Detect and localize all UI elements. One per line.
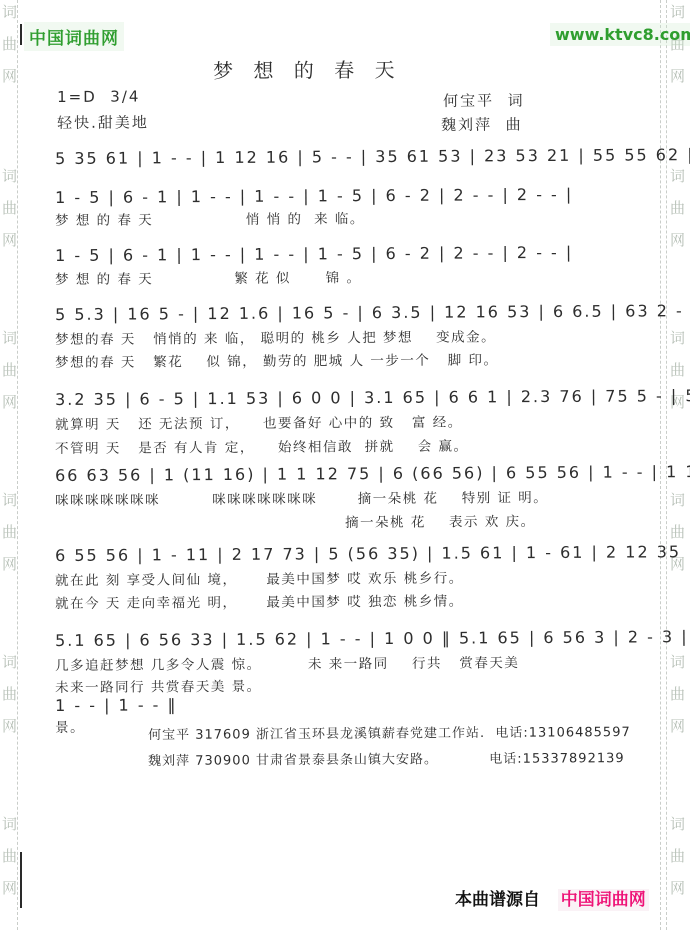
lyrics-line: 就算明 天 还 无法预 订， 也要备好 心中的 致 富 经。 <box>55 411 463 433</box>
watermark-left-4: 词曲网 <box>2 492 16 588</box>
footer-source-text: 本曲谱源自 <box>455 890 540 910</box>
watermark-left-6: 词曲网 <box>2 816 16 912</box>
lyrics-line: 景。 <box>55 716 85 736</box>
footer-spacer <box>540 890 558 910</box>
lyrics-line: 咪咪咪咪咪咪咪 咪咪咪咪咪咪咪 摘一朵桃 花 特别 证 明。 <box>55 486 548 509</box>
key-signature: 1=D 3/4 <box>57 87 140 106</box>
site-url-link[interactable]: www.ktvc8.com <box>550 23 690 46</box>
watermark-left-1: 词曲网 <box>2 4 16 100</box>
notation-line: 5.1 65 | 6 56 33 | 1.5 62 | 1 - - | 1 0 … <box>55 627 690 650</box>
watermark-right-6: 词曲网 <box>670 816 684 912</box>
notation-line: 66 63 56 | 1 (11 16) | 1 1 12 75 | 6 (66… <box>55 461 690 485</box>
lyrics-line: 梦想的春 天 悄悄的 来 临， 聪明的 桃乡 人把 梦想 变成金。 <box>55 325 496 348</box>
lyrics-line: 梦 想 的 春 天 繁 花 似 锦 。 <box>55 266 361 288</box>
lyricist-credit: 何宝平 词 <box>443 90 525 111</box>
lyrics-line: 就在今 天 走向幸福光 明， 最美中国梦 哎 独恋 桃乡情。 <box>55 590 464 612</box>
watermark-right-4: 词曲网 <box>670 492 684 588</box>
song-title: 梦 想 的 春 天 <box>213 54 402 84</box>
notation-line: 1 - 5 | 6 - 1 | 1 - - | 1 - - | 1 - 5 | … <box>55 243 573 265</box>
lyrics-line: 摘一朵桃 花 表示 欢 庆。 <box>345 510 536 531</box>
notation-line: 5 35 61 | 1 - - | 1 12 16 | 5 - - | 35 6… <box>55 144 690 168</box>
lyrics-line: 不管明 天 是否 有人肯 定， 始终相信敢 拼就 会 赢。 <box>55 434 469 457</box>
footer-site-link[interactable]: 中国词曲网 <box>558 889 649 911</box>
scan-edge-bottom <box>20 852 22 908</box>
lyrics-line: 未来一路同行 共赏春天美 景。 <box>55 675 262 696</box>
tempo-marking: 轻快.甜美地 <box>57 111 149 133</box>
lyrics-line: 几多追赶梦想 几多令人震 惊。 未 来一路同 行共 赏春天美 <box>55 651 519 674</box>
scan-edge-top <box>20 24 22 45</box>
watermark-left-2: 词曲网 <box>2 168 16 264</box>
watermark-right-2: 词曲网 <box>670 168 684 264</box>
site-logo-text[interactable]: 中国词曲网 <box>24 22 124 51</box>
notation-line: 1 - 5 | 6 - 1 | 1 - - | 1 - - | 1 - 5 | … <box>55 185 573 207</box>
contact-line-composer: 魏刘萍 730900 甘肃省景泰县条山镇大安路。 电话:15337892139 <box>148 747 625 769</box>
watermark-right-1: 词曲网 <box>670 4 684 100</box>
watermark-left-5: 词曲网 <box>2 654 16 750</box>
composer-credit: 魏刘萍 曲 <box>441 114 523 135</box>
notation-line: 1 - - | 1 - - ‖ <box>55 695 178 715</box>
lyrics-line: 梦 想 的 春 天 悄 悄 的 来 临。 <box>55 207 365 229</box>
music-sheet-page: 词曲网 词曲网 词曲网 词曲网 词曲网 词曲网 词曲网 词曲网 词曲网 词曲网 … <box>0 0 690 930</box>
lyrics-line: 就在此 刻 享受人间仙 境， 最美中国梦 哎 欢乐 桃乡行。 <box>55 567 464 589</box>
lyrics-line: 梦想的春 天 繁花 似 锦， 勤劳的 肥城 人 一步一个 脚 印。 <box>55 348 499 371</box>
watermark-left-3: 词曲网 <box>2 330 16 426</box>
left-dashed-rule <box>17 0 18 930</box>
notation-line: 3.2 35 | 6 - 5 | 1.1 53 | 6 0 0 | 3.1 65… <box>55 386 690 409</box>
footer-credit: 本曲谱源自 中国词曲网 <box>455 885 649 910</box>
notation-line: 6 55 56 | 1 - 11 | 2 17 73 | 5 (56 35) |… <box>55 542 690 565</box>
notation-line: 5 5.3 | 16 5 - | 12 1.6 | 16 5 - | 6 3.5… <box>55 301 690 324</box>
contact-line-lyricist: 何宝平 317609 浙江省玉环县龙溪镇薪春党建工作站. 电话:13106485… <box>148 721 631 743</box>
watermark-right-5: 词曲网 <box>670 654 684 750</box>
watermark-right-3: 词曲网 <box>670 330 684 426</box>
